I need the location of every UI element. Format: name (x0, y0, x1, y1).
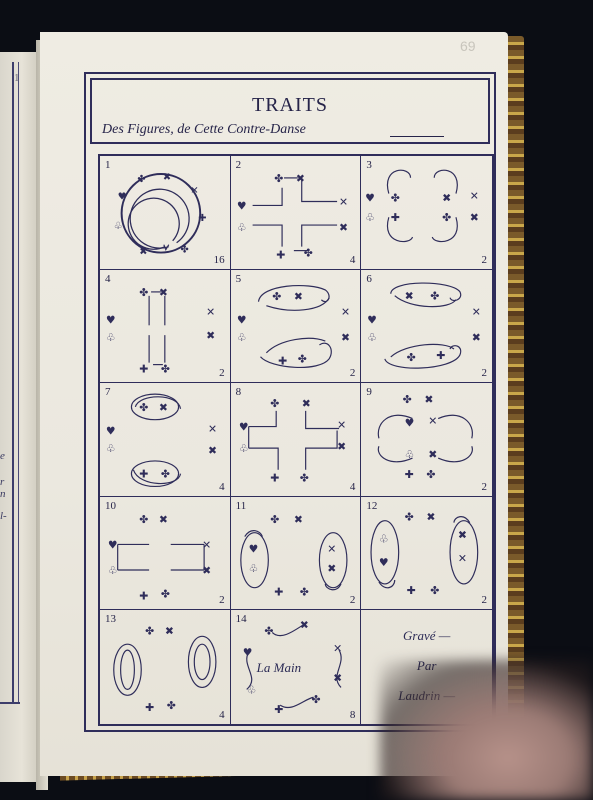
svg-text:✤: ✤ (167, 699, 176, 712)
svg-text:✖: ✖ (333, 672, 342, 685)
svg-text:♥: ♥ (108, 538, 118, 551)
plate-subtitle: Des Figures, de Cette Contre-Danse (102, 122, 306, 138)
svg-text:✤: ✤ (161, 468, 170, 481)
left-text-fragment: r (0, 476, 4, 488)
figure-cell-1: 1 ✤✖ ✕✚ ♥♧ ✖✤ 16 (100, 156, 231, 270)
svg-text:✖: ✖ (301, 397, 310, 410)
svg-text:✖: ✖ (165, 625, 174, 638)
plate-title: TRAITS (92, 94, 488, 117)
figure-cell-9: 9 ✤✖ ♥✕ ♧✖ ✚✤ 2 (361, 383, 492, 497)
svg-text:✤: ✤ (299, 472, 308, 485)
photo-background: 1 e r n l- 69 TRAITS Des Figures, de Cet… (0, 0, 593, 800)
turns-figure-diagram: ♥✤ ♧✚ ✖✕ ✤✖ (361, 156, 492, 269)
svg-text:✤: ✤ (427, 468, 436, 481)
svg-text:✤: ✤ (274, 172, 283, 185)
rings-figure-diagram: ✤✖ ♥♧ ✕✖ ✚✤ (100, 383, 230, 496)
svg-text:✤: ✤ (139, 401, 148, 414)
blurred-finger (380, 660, 593, 800)
left-page-marker: 1 (14, 72, 20, 84)
repeat-count: 16 (214, 254, 225, 266)
svg-text:♧: ♧ (106, 331, 116, 344)
left-text-fragment: l- (0, 510, 7, 522)
left-page-border-inner (18, 62, 19, 702)
figure-cell-10: 10 ✤✖ ♥♧ ✕✖ ✚✤ 2 (100, 497, 231, 611)
repeat-count: 2 (482, 367, 488, 379)
page-number: 69 (460, 38, 476, 54)
svg-text:✕: ✕ (341, 305, 350, 318)
svg-text:✤: ✤ (270, 397, 279, 410)
svg-text:✖: ✖ (337, 440, 346, 453)
svg-text:✖: ✖ (429, 448, 438, 461)
svg-text:♧: ♧ (367, 331, 377, 344)
ovals-figure-diagram: ✤✖ ♧♥ ✖✕ ✚✤ (361, 497, 492, 610)
figures-grid: 1 ✤✖ ✕✚ ♥♧ ✖✤ 16 (98, 154, 494, 726)
lines-figure-diagram: ✤✖ ♥♧ ✕✖ ✚✤ (100, 270, 230, 383)
svg-text:♥: ♥ (106, 313, 116, 326)
svg-text:✚: ✚ (145, 701, 154, 714)
svg-text:✚: ✚ (391, 211, 400, 224)
svg-text:♧: ♧ (405, 448, 415, 461)
svg-text:✖: ✖ (163, 172, 171, 183)
svg-text:✖: ✖ (294, 513, 303, 526)
repeat-count: 2 (219, 594, 225, 606)
svg-text:✖: ✖ (425, 393, 434, 406)
svg-text:✤: ✤ (403, 393, 412, 406)
svg-text:✕: ✕ (339, 195, 348, 208)
svg-text:✤: ✤ (311, 694, 320, 707)
svg-text:✚: ✚ (276, 248, 285, 261)
svg-text:♧: ♧ (237, 331, 247, 344)
svg-text:✕: ✕ (202, 538, 211, 551)
svg-text:✤: ✤ (431, 289, 440, 302)
title-box: TRAITS Des Figures, de Cette Contre-Dans… (90, 78, 490, 144)
svg-text:✖: ✖ (327, 562, 336, 575)
left-page: 1 e r n l- (0, 52, 36, 782)
svg-text:✤: ✤ (299, 585, 308, 598)
svg-text:✚: ✚ (405, 468, 414, 481)
figure-cell-4: 4 ✤✖ ♥♧ ✕✖ ✚✤ 2 (100, 270, 231, 384)
svg-text:✕: ✕ (337, 419, 346, 432)
svg-text:✤: ✤ (161, 362, 170, 375)
svg-text:✚: ✚ (437, 348, 446, 361)
repeat-count: 2 (350, 367, 356, 379)
svg-text:♥: ♥ (237, 313, 247, 326)
svg-text:✤: ✤ (297, 352, 306, 365)
svg-text:✤: ✤ (270, 513, 279, 526)
credit-line-engraved: Gravé — (361, 628, 492, 644)
subtitle-flourish (390, 136, 444, 137)
svg-text:♧: ♧ (106, 442, 116, 455)
loops-figure-diagram: ✤✖ ♥♧ ✕✖ ✚✤ (231, 270, 361, 383)
repeat-count: 4 (350, 254, 356, 266)
svg-text:✕: ✕ (208, 423, 217, 436)
ovals-figure-diagram: ✤✖ ♥♧ ✕✖ ✚✤ (231, 497, 361, 610)
figure-cell-2: 2 ✤✖ ♥♧ ✕✖ ✚✤ 4 (231, 156, 362, 270)
svg-text:♧: ♧ (237, 221, 247, 234)
svg-text:✤: ✤ (442, 211, 451, 224)
svg-text:✚: ✚ (139, 362, 148, 375)
svg-text:✖: ✖ (299, 619, 308, 632)
svg-text:✚: ✚ (274, 585, 283, 598)
svg-text:♧: ♧ (246, 684, 256, 697)
svg-text:♧: ♧ (379, 532, 389, 545)
ovals-figure-diagram: ✤✖ ✚✤ (100, 610, 230, 724)
svg-text:♧: ♧ (365, 211, 375, 224)
repeat-count: 2 (482, 254, 488, 266)
svg-text:✕: ✕ (429, 415, 438, 428)
svg-text:✤: ✤ (161, 587, 170, 600)
svg-text:✤: ✤ (407, 350, 416, 363)
svg-text:✚: ✚ (139, 468, 148, 481)
figure-cell-3: 3 ♥✤ ♧✚ ✖✕ ✤✖ 2 (361, 156, 492, 270)
svg-text:✤: ✤ (431, 584, 440, 597)
svg-text:✕: ✕ (470, 189, 479, 202)
svg-text:✕: ✕ (327, 542, 336, 555)
svg-text:✖: ✖ (442, 191, 451, 204)
svg-text:✤: ✤ (405, 511, 414, 524)
left-text-fragment: e (0, 450, 5, 462)
repeat-count: 4 (350, 481, 356, 493)
repeat-count: 2 (482, 594, 488, 606)
svg-text:✕: ✕ (206, 305, 215, 318)
svg-text:✖: ✖ (208, 444, 217, 457)
svg-text:♧: ♧ (239, 442, 249, 455)
svg-text:♥: ♥ (405, 417, 415, 430)
svg-text:✚: ✚ (198, 213, 206, 224)
figure-cell-6: 6 ✖✤ ♥♧ ✕✖ ✤✚ 2 (361, 270, 492, 384)
svg-text:✖: ✖ (139, 247, 147, 258)
svg-text:♥: ♥ (239, 421, 249, 434)
svg-text:✤: ✤ (139, 285, 148, 298)
repeat-count: 2 (219, 367, 225, 379)
svg-text:✤: ✤ (303, 247, 312, 260)
svg-text:✖: ✖ (339, 221, 348, 234)
repeat-count: 2 (482, 481, 488, 493)
svg-text:✚: ✚ (274, 703, 283, 716)
svg-text:✤: ✤ (264, 625, 273, 638)
svg-text:✤: ✤ (391, 191, 400, 204)
figure-cell-7: 7 ✤✖ ♥♧ ✕✖ ✚✤ 4 (100, 383, 231, 497)
left-page-border-bottom (0, 702, 20, 704)
svg-text:✖: ✖ (427, 511, 436, 524)
turns-figure-diagram: ✤✖ ♥✕ ♧✖ ✚✤ (361, 383, 492, 496)
svg-text:♥: ♥ (237, 199, 247, 212)
figure-cell-8: 8 ✤✖ ♥♧ ✕✖ ✚✤ 4 (231, 383, 362, 497)
svg-text:✖: ✖ (295, 172, 304, 185)
svg-text:✖: ✖ (294, 289, 303, 302)
svg-text:✚: ✚ (139, 589, 148, 602)
svg-text:✤: ✤ (181, 245, 189, 256)
loops-figure-diagram: ✖✤ ♥♧ ✕✖ ✤✚ (361, 270, 492, 383)
repeat-count: 2 (350, 594, 356, 606)
svg-text:♧: ♧ (248, 562, 258, 575)
svg-text:✖: ✖ (202, 564, 211, 577)
svg-text:♧: ♧ (114, 221, 123, 232)
engraved-plate: TRAITS Des Figures, de Cette Contre-Dans… (84, 72, 496, 732)
svg-text:✚: ✚ (270, 472, 279, 485)
svg-text:✕: ✕ (458, 552, 467, 565)
figure-cell-14: 14 ✤✖ ♥♧ ✕✖ ✚✤ (231, 610, 362, 724)
svg-text:✖: ✖ (159, 285, 168, 298)
figure-caption: La Main (257, 660, 301, 676)
svg-text:✖: ✖ (470, 211, 479, 224)
svg-text:✖: ✖ (405, 289, 414, 302)
svg-text:✖: ✖ (458, 528, 467, 541)
svg-text:✖: ✖ (206, 329, 215, 342)
svg-text:✖: ✖ (159, 513, 168, 526)
svg-text:♥: ♥ (367, 313, 377, 326)
svg-text:✖: ✖ (472, 331, 481, 344)
figure-cell-5: 5 ✤✖ ♥♧ ✕✖ ✚✤ 2 (231, 270, 362, 384)
left-text-fragment: n (0, 488, 6, 500)
svg-text:✖: ✖ (341, 331, 350, 344)
repeat-count: 4 (219, 481, 225, 493)
svg-text:✤: ✤ (145, 625, 154, 638)
svg-text:✖: ✖ (159, 401, 168, 414)
svg-text:✚: ✚ (278, 354, 287, 367)
svg-text:♥: ♥ (365, 191, 375, 204)
svg-text:♥: ♥ (118, 192, 127, 203)
svg-text:♥: ♥ (248, 542, 258, 555)
svg-text:✤: ✤ (139, 513, 148, 526)
svg-text:♥: ♥ (106, 425, 116, 438)
figure-cell-13: 13 ✤✖ ✚✤ 4 (100, 610, 231, 724)
figure-cell-12: 12 ✤✖ ♧♥ ✖✕ ✚✤ 2 (361, 497, 492, 611)
svg-text:✕: ✕ (190, 186, 198, 197)
svg-text:✤: ✤ (272, 289, 281, 302)
svg-text:♥: ♥ (379, 556, 389, 569)
cross-figure-diagram: ✤✖ ♥♧ ✕✖ ✚✤ (231, 383, 361, 496)
svg-text:✚: ✚ (407, 584, 416, 597)
left-page-border (12, 62, 14, 702)
cross-figure-diagram: ✤✖ ♥♧ ✕✖ ✚✤ (231, 156, 361, 269)
svg-text:♧: ♧ (108, 564, 118, 577)
svg-text:♥: ♥ (242, 646, 252, 659)
svg-text:✤: ✤ (137, 174, 145, 185)
repeat-count: 8 (350, 709, 356, 721)
svg-text:✕: ✕ (333, 642, 342, 655)
svg-text:✕: ✕ (472, 305, 481, 318)
circle-figure-diagram: ✤✖ ✕✚ ♥♧ ✖✤ (100, 156, 230, 269)
repeat-count: 4 (219, 709, 225, 721)
figure-cell-11: 11 ✤✖ ♥♧ ✕✖ ✚✤ 2 (231, 497, 362, 611)
lines-figure-diagram: ✤✖ ♥♧ ✕✖ ✚✤ (100, 497, 230, 610)
